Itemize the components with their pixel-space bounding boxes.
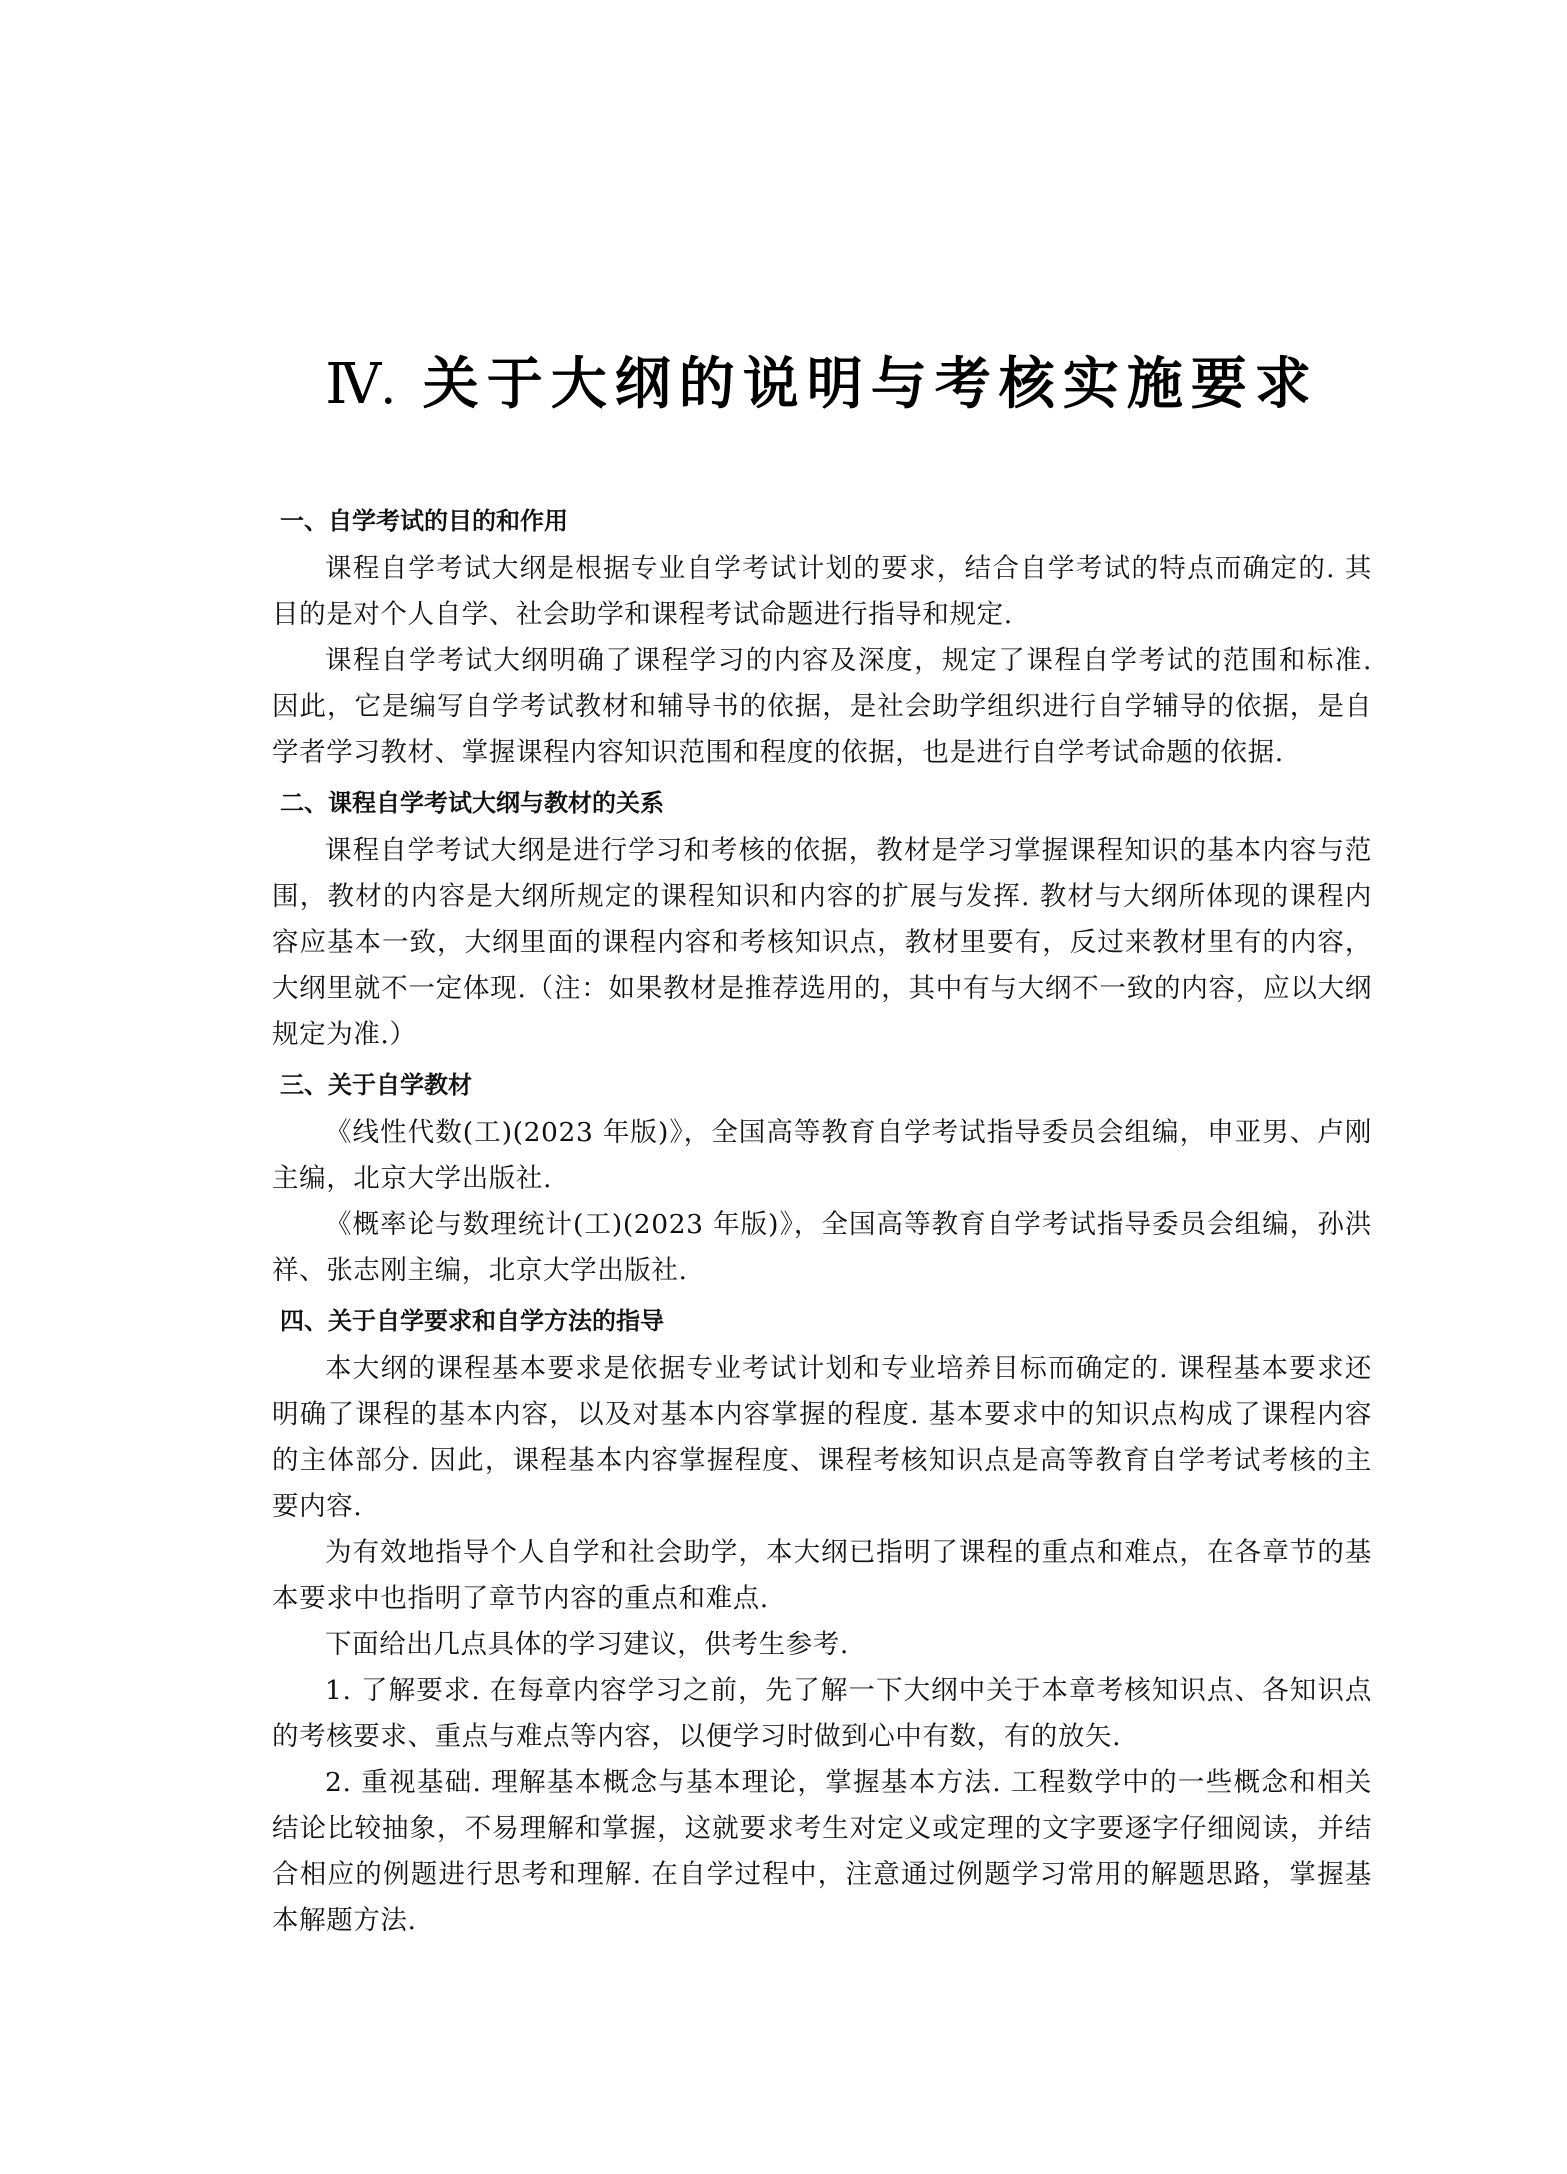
- document-body: 一、自学考试的目的和作用 课程自学考试大纲是根据专业自学考试计划的要求，结合自学…: [272, 498, 1372, 1948]
- numbered-tip: 2. 重视基础. 理解基本概念与基本理论，掌握基本方法. 工程数学中的一些概念和…: [272, 1760, 1372, 1944]
- section-textbooks: 三、关于自学教材 《线性代数(工)(2023 年版)》，全国高等教育自学考试指导…: [272, 1062, 1372, 1294]
- page-title: Ⅳ. 关于大纲的说明与考核实施要求: [272, 350, 1372, 420]
- section-heading: 二、课程自学考试大纲与教材的关系: [272, 780, 1372, 826]
- paragraph: 课程自学考试大纲是根据专业自学考试计划的要求，结合自学考试的特点而确定的. 其目…: [272, 546, 1372, 638]
- title-numeral: Ⅳ.: [325, 354, 395, 416]
- paragraph: 课程自学考试大纲明确了课程学习的内容及深度，规定了课程自学考试的范围和标准. 因…: [272, 638, 1372, 776]
- textbook-reference: 《概率论与数理统计(工)(2023 年版)》，全国高等教育自学考试指导委员会组编…: [272, 1202, 1372, 1294]
- numbered-tip: 1. 了解要求. 在每章内容学习之前，先了解一下大纲中关于本章考核知识点、各知识…: [272, 1668, 1372, 1760]
- section-study-guidance: 四、关于自学要求和自学方法的指导 本大纲的课程基本要求是依据专业考试计划和专业培…: [272, 1298, 1372, 1944]
- textbook-reference: 《线性代数(工)(2023 年版)》，全国高等教育自学考试指导委员会组编，申亚男…: [272, 1110, 1372, 1202]
- section-heading: 三、关于自学教材: [272, 1062, 1372, 1108]
- section-syllabus-textbook-relation: 二、课程自学考试大纲与教材的关系 课程自学考试大纲是进行学习和考核的依据，教材是…: [272, 780, 1372, 1058]
- section-heading: 四、关于自学要求和自学方法的指导: [272, 1298, 1372, 1344]
- paragraph: 下面给出几点具体的学习建议，供考生参考.: [272, 1622, 1372, 1668]
- section-heading: 一、自学考试的目的和作用: [272, 498, 1372, 544]
- paragraph: 本大纲的课程基本要求是依据专业考试计划和专业培养目标而确定的. 课程基本要求还明…: [272, 1346, 1372, 1530]
- paragraph: 为有效地指导个人自学和社会助学，本大纲已指明了课程的重点和难点，在各章节的基本要…: [272, 1530, 1372, 1622]
- title-text: 关于大纲的说明与考核实施要求: [423, 352, 1319, 417]
- paragraph: 课程自学考试大纲是进行学习和考核的依据，教材是学习掌握课程知识的基本内容与范围，…: [272, 828, 1372, 1058]
- section-purpose: 一、自学考试的目的和作用 课程自学考试大纲是根据专业自学考试计划的要求，结合自学…: [272, 498, 1372, 776]
